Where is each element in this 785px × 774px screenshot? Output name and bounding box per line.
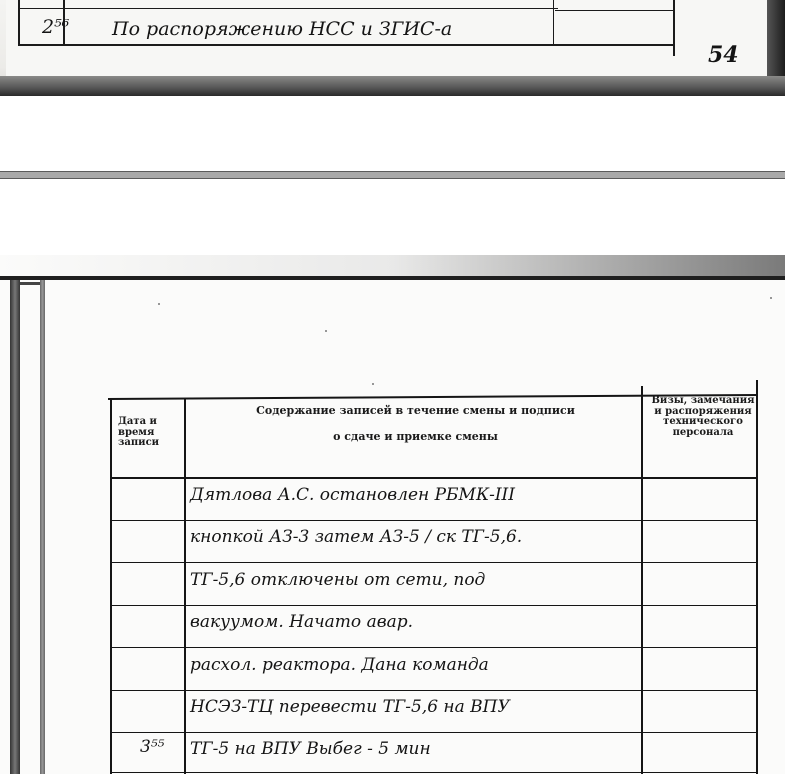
- page-shadow: [0, 76, 785, 96]
- previous-page-scan: 2⁵⁶ По распоряжению НСС и ЗГИС-а 54: [0, 0, 785, 96]
- header-text: о сдаче и приемке смены: [188, 431, 643, 443]
- scan-speck: [372, 383, 374, 385]
- page-number: 54: [708, 42, 739, 68]
- page-separator[interactable]: [0, 171, 785, 179]
- scan-speck: [158, 303, 160, 305]
- page-top-edge: [0, 276, 785, 280]
- table-col-divider-visa: [553, 0, 554, 44]
- entry-text: ТГ-5,6 отключены от сети, под: [190, 570, 485, 590]
- table-border-left: [18, 0, 20, 46]
- date-column-divider: [184, 398, 186, 774]
- header-bottom-border: [110, 477, 758, 479]
- row-line: [110, 520, 758, 521]
- row-line: [110, 772, 758, 773]
- header-text: Дата и: [118, 417, 188, 428]
- row-line: [110, 647, 758, 648]
- entry-text: Дятлова А.С. остановлен РБМК-III: [190, 485, 515, 505]
- table-right-border: [756, 380, 758, 774]
- entry-time: 2⁵⁶: [42, 16, 69, 38]
- row-line: [110, 605, 758, 606]
- binding-line-inner: [40, 280, 45, 774]
- header-visa-column: Визы, замечания и распоряжения техническ…: [644, 396, 762, 438]
- header-content-column: Содержание записей в течение смены и под…: [188, 405, 643, 442]
- visa-column-divider: [641, 386, 643, 774]
- table-left-border: [110, 398, 112, 774]
- entry-time: 3⁵⁵: [140, 737, 164, 757]
- scan-speck: [770, 297, 772, 299]
- scan-speck: [325, 330, 327, 332]
- entry-text: ТГ-5 на ВПУ Выбег - 5 мин: [190, 739, 431, 759]
- header-text: персонала: [644, 428, 762, 439]
- header-text: Содержание записей в течение смены и под…: [188, 405, 643, 417]
- header-text: записи: [118, 438, 188, 449]
- book-spine-edge: [767, 0, 785, 80]
- row-line: [110, 562, 758, 563]
- table-row-line: [555, 10, 673, 11]
- header-text: технического: [644, 417, 762, 428]
- binding-line-outer: [10, 280, 20, 774]
- row-line: [110, 732, 758, 733]
- header-text: Визы, замечания: [644, 396, 762, 407]
- entry-text: По распоряжению НСС и ЗГИС-а: [112, 18, 452, 40]
- entry-text: НСЭЗ-ТЦ перевести ТГ-5,6 на ВПУ: [190, 697, 510, 717]
- table-border-right: [673, 0, 675, 56]
- header-date-column: Дата и время записи: [112, 417, 188, 449]
- entry-text: расхол. реактора. Дана команда: [190, 655, 489, 675]
- current-page-scan: Дата и время записи Содержание записей в…: [0, 255, 785, 774]
- table-row-line: [18, 8, 558, 9]
- row-line: [110, 690, 758, 691]
- entry-text: кнопкой АЗ-3 затем АЗ-5 / ск ТГ-5,6.: [190, 527, 522, 547]
- table-bottom-line: [20, 44, 675, 46]
- entry-text: вакуумом. Начато авар.: [190, 612, 413, 632]
